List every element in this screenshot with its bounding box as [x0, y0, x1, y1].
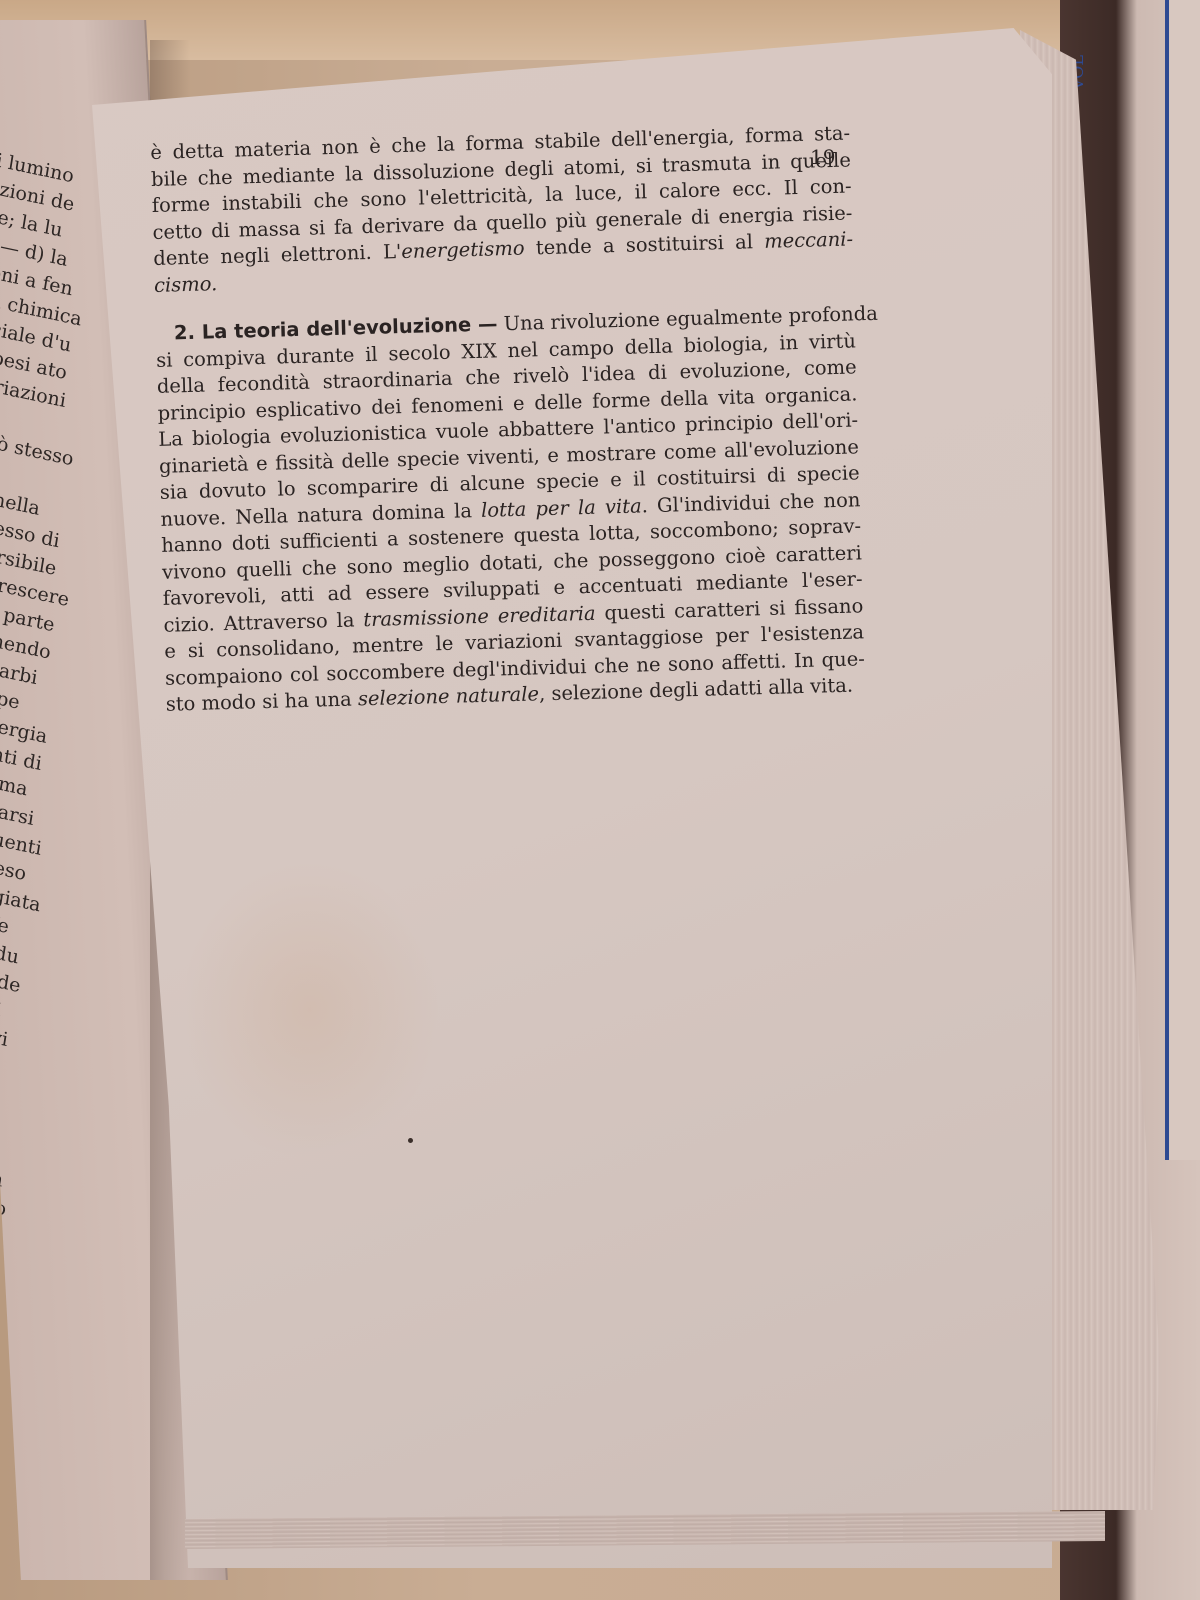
paragraph-energetics: è detta materia non è che la forma stabi…	[150, 120, 854, 298]
adjacent-book-cover	[1165, 0, 1200, 1160]
ink-dot	[408, 1138, 413, 1143]
paragraph-evolution: 2. La teoria dell'evoluzione — Una rivol…	[155, 301, 866, 718]
paper-stain	[180, 860, 440, 1160]
body-text: è detta materia non è che la forma stabi…	[150, 120, 866, 718]
